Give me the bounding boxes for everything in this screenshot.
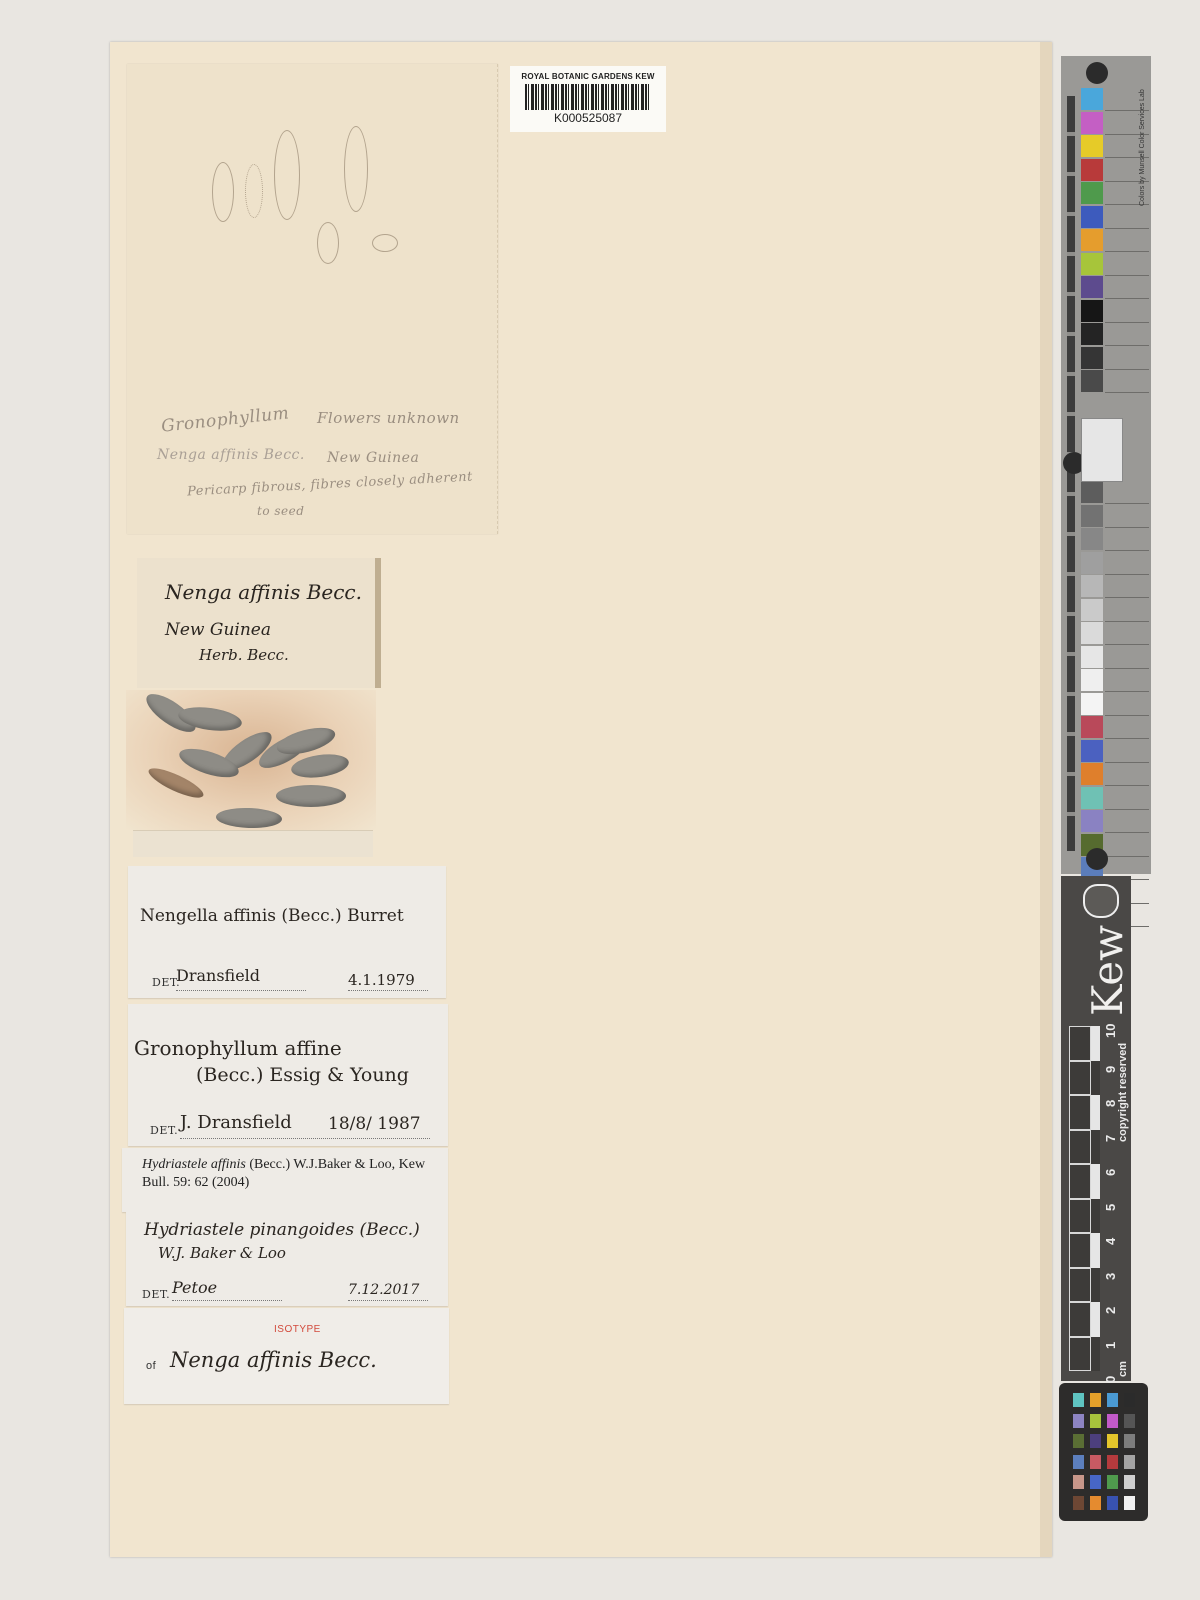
ruler-segment xyxy=(1091,1233,1100,1268)
dotted-line xyxy=(180,1138,430,1139)
swatch-divider xyxy=(1105,832,1149,833)
checker-patch xyxy=(1073,1434,1084,1448)
swatch-divider xyxy=(1105,574,1149,575)
checker-patch xyxy=(1107,1434,1118,1448)
color-swatch xyxy=(1081,206,1103,228)
pencil-drawing-sheet: Gronophyllum Flowers unknown Nenga affin… xyxy=(127,64,498,534)
packet-locality: New Guinea xyxy=(165,620,271,640)
swatch-divider xyxy=(1105,785,1149,786)
color-swatch xyxy=(1081,763,1103,785)
swatch-divider xyxy=(1105,715,1149,716)
color-swatch xyxy=(1081,135,1103,157)
swatch-divider xyxy=(1105,527,1149,528)
color-swatch xyxy=(1081,646,1103,668)
color-swatch xyxy=(1081,528,1103,550)
drawing-annotation: Flowers unknown xyxy=(317,409,460,427)
determination-label: Hydriastele pinangoides (Becc.) W.J. Bak… xyxy=(126,1212,448,1306)
swatch-divider xyxy=(1105,762,1149,763)
color-swatch xyxy=(1081,481,1103,503)
checker-patch xyxy=(1124,1414,1135,1428)
kew-crest-icon xyxy=(1083,884,1119,918)
checker-patch xyxy=(1090,1434,1101,1448)
fruit xyxy=(290,751,350,781)
det-taxon-name: Gronophyllum affine xyxy=(134,1036,342,1060)
det-date: 4.1.1979 xyxy=(348,971,415,989)
color-swatch xyxy=(1081,88,1103,110)
checker-patch xyxy=(1090,1393,1101,1407)
seed-sketch xyxy=(344,126,368,212)
swatch-divider xyxy=(1105,392,1149,393)
ruler-segment xyxy=(1069,1268,1091,1303)
fruit xyxy=(276,785,346,807)
checker-patch xyxy=(1090,1496,1101,1510)
det-taxon-authority: (Becc.) Essig & Young xyxy=(196,1064,409,1086)
unit-label: cm xyxy=(1117,1361,1129,1377)
ruler-number: 3 xyxy=(1103,1272,1118,1279)
determination-label: Gronophyllum affine (Becc.) Essig & Youn… xyxy=(128,1004,448,1146)
det-taxon-authority: W.J. Baker & Loo xyxy=(158,1244,286,1262)
type-taxon-name: Nenga affinis Becc. xyxy=(170,1348,377,1372)
ruler-segment xyxy=(1069,1233,1091,1268)
seed-sketch xyxy=(274,130,300,220)
color-swatch xyxy=(1081,505,1103,527)
checker-patch xyxy=(1073,1475,1084,1489)
color-swatch xyxy=(1081,740,1103,762)
printed-citation: Hydriastele affinis (Becc.) W.J.Baker & … xyxy=(142,1156,425,1173)
swatch-divider xyxy=(1105,809,1149,810)
color-swatch xyxy=(1081,622,1103,644)
swatch-divider xyxy=(1105,668,1149,669)
swatch-divider xyxy=(1105,621,1149,622)
dotted-line xyxy=(176,990,306,991)
color-swatch xyxy=(1081,229,1103,251)
swatch-divider xyxy=(1105,345,1149,346)
ruler-number: 4 xyxy=(1103,1238,1118,1245)
swatch-divider xyxy=(1105,251,1149,252)
swatch-divider xyxy=(1105,275,1149,276)
institution-name: ROYAL BOTANIC GARDENS KEW xyxy=(510,72,666,81)
color-swatch xyxy=(1081,112,1103,134)
ruler-number: 10 xyxy=(1103,1024,1118,1038)
checker-patch xyxy=(1090,1475,1101,1489)
ruler-segment xyxy=(1091,1199,1100,1234)
seed-sketch xyxy=(245,164,263,218)
registration-dot-icon xyxy=(1086,848,1108,870)
det-determiner: J. Dransfield xyxy=(180,1112,292,1133)
fruit xyxy=(216,807,283,829)
seed-sketch xyxy=(212,162,234,222)
swatch-divider xyxy=(1105,856,1149,857)
swatch-divider xyxy=(1105,322,1149,323)
printed-name-label: Hydriastele affinis (Becc.) W.J.Baker & … xyxy=(122,1148,448,1212)
det-date: 18/8/ 1987 xyxy=(328,1114,421,1134)
det-determiner: Petoe xyxy=(172,1278,217,1297)
checker-patch xyxy=(1124,1455,1135,1469)
copyright-notice: copyright reserved xyxy=(1117,1043,1129,1142)
checker-patch xyxy=(1124,1434,1135,1448)
ruler-segment xyxy=(1091,1302,1100,1337)
ruler-number: 7 xyxy=(1103,1134,1118,1141)
ruler-segment xyxy=(1091,1026,1100,1061)
color-swatch xyxy=(1081,300,1103,322)
checker-patch xyxy=(1107,1475,1118,1489)
color-swatch xyxy=(1081,669,1103,691)
ruler-number: 2 xyxy=(1103,1307,1118,1314)
color-swatch xyxy=(1081,552,1103,574)
ruler-number: 0 xyxy=(1103,1376,1118,1383)
checker-patch xyxy=(1107,1414,1118,1428)
checker-patch xyxy=(1073,1414,1084,1428)
ruler-segment xyxy=(1069,1164,1091,1199)
ruler-segment xyxy=(1069,1061,1091,1096)
ruler-segment xyxy=(1069,1130,1091,1165)
barcode-label: ROYAL BOTANIC GARDENS KEW K000525087 xyxy=(510,66,666,132)
swatch-divider xyxy=(1105,550,1149,551)
checker-patch xyxy=(1107,1496,1118,1510)
step-wedge xyxy=(1081,418,1123,482)
color-calibration-bar: Colors by Munsell Color Services Lab xyxy=(1061,56,1151,874)
dotted-line xyxy=(172,1300,282,1301)
packet-name: Nenga affinis Becc. xyxy=(165,580,362,604)
fruit-specimen xyxy=(126,690,376,830)
printed-reference: Bull. 59: 62 (2004) xyxy=(142,1174,249,1191)
det-taxon-name: Hydriastele pinangoides (Becc.) xyxy=(144,1220,420,1240)
color-swatch xyxy=(1081,716,1103,738)
printed-taxon-name: Hydriastele affinis xyxy=(142,1157,246,1172)
color-swatch xyxy=(1081,323,1103,345)
checker-patch xyxy=(1073,1455,1084,1469)
swatch-divider xyxy=(1105,369,1149,370)
specimen-packet-label: Nenga affinis Becc. New Guinea Herb. Bec… xyxy=(137,558,381,688)
of-prefix: of xyxy=(146,1360,156,1372)
color-swatch xyxy=(1081,159,1103,181)
drawing-annotation: Nenga affinis Becc. xyxy=(157,447,305,463)
det-prefix: DET. xyxy=(150,1124,178,1137)
dotted-line xyxy=(348,990,428,991)
barcode-number: K000525087 xyxy=(510,111,666,125)
checker-patch xyxy=(1073,1393,1084,1407)
color-swatch xyxy=(1081,182,1103,204)
det-date: 7.12.2017 xyxy=(348,1282,419,1298)
ruler-number: 6 xyxy=(1103,1169,1118,1176)
swatch-divider xyxy=(1105,691,1149,692)
registration-dot-icon xyxy=(1086,62,1108,84)
ruler-segment xyxy=(1091,1095,1100,1130)
swatch-divider xyxy=(1105,298,1149,299)
color-swatch xyxy=(1081,575,1103,597)
type-status: ISOTYPE xyxy=(274,1324,321,1335)
swatch-divider xyxy=(1105,503,1149,504)
ruler-number: 9 xyxy=(1103,1065,1118,1072)
kew-logo: Kew xyxy=(1083,925,1132,1016)
seed-sketch xyxy=(317,222,339,264)
color-checker-card xyxy=(1059,1383,1148,1521)
color-swatch xyxy=(1081,370,1103,392)
packet-herbarium: Herb. Becc. xyxy=(199,646,289,664)
ruler-segment xyxy=(1091,1164,1100,1199)
swatch-divider xyxy=(1105,228,1149,229)
checker-patch xyxy=(1090,1414,1101,1428)
dotted-line xyxy=(348,1300,428,1301)
checker-patch xyxy=(1107,1393,1118,1407)
color-bar-credit: Colors by Munsell Color Services Lab xyxy=(1139,89,1146,206)
barcode-icon xyxy=(525,84,651,110)
det-taxon-name: Nengella affinis (Becc.) Burret xyxy=(140,906,404,926)
checker-patch xyxy=(1090,1455,1101,1469)
drawing-annotation: Gronophyllum xyxy=(160,403,290,436)
ruler-segment xyxy=(1091,1130,1100,1165)
ruler-segment xyxy=(1091,1337,1100,1372)
swatch-divider xyxy=(1105,738,1149,739)
checker-patch xyxy=(1107,1455,1118,1469)
sheet-edge xyxy=(1040,42,1052,1557)
color-swatch xyxy=(1081,810,1103,832)
color-swatch xyxy=(1081,347,1103,369)
swatch-divider xyxy=(1105,644,1149,645)
det-prefix: DET. xyxy=(142,1288,170,1301)
determination-label: Nengella affinis (Becc.) Burret DET. Dra… xyxy=(128,866,446,998)
printed-authority: (Becc.) W.J.Baker & Loo, Kew xyxy=(246,1157,425,1172)
swatch-divider xyxy=(1105,597,1149,598)
checker-patch xyxy=(1124,1475,1135,1489)
ruler-segment xyxy=(1069,1095,1091,1130)
ruler-segment xyxy=(1091,1061,1100,1096)
checker-patch xyxy=(1124,1393,1135,1407)
ruler-number: 1 xyxy=(1103,1341,1118,1348)
type-status-label: ISOTYPE of Nenga affinis Becc. xyxy=(124,1308,449,1404)
ruler-segment xyxy=(1069,1199,1091,1234)
ruler-segment xyxy=(1091,1268,1100,1303)
color-swatch xyxy=(1081,599,1103,621)
checker-patch xyxy=(1124,1496,1135,1510)
ruler-number: 8 xyxy=(1103,1100,1118,1107)
drawing-annotation: New Guinea xyxy=(327,450,419,466)
ruler-segment xyxy=(1069,1337,1091,1372)
drawing-annotation: to seed xyxy=(257,504,304,518)
color-swatch xyxy=(1081,693,1103,715)
det-determiner: Dransfield xyxy=(176,966,260,985)
color-swatch xyxy=(1081,276,1103,298)
seed-sketch xyxy=(372,234,398,252)
checker-patch xyxy=(1073,1496,1084,1510)
drawing-annotation: Pericarp fibrous, fibres closely adheren… xyxy=(187,470,473,500)
color-swatch xyxy=(1081,253,1103,275)
ruler-segment xyxy=(1069,1026,1091,1061)
ruler-segment xyxy=(1069,1302,1091,1337)
color-swatch xyxy=(1081,787,1103,809)
packet-fold xyxy=(133,830,373,857)
ruler-number: 5 xyxy=(1103,1203,1118,1210)
